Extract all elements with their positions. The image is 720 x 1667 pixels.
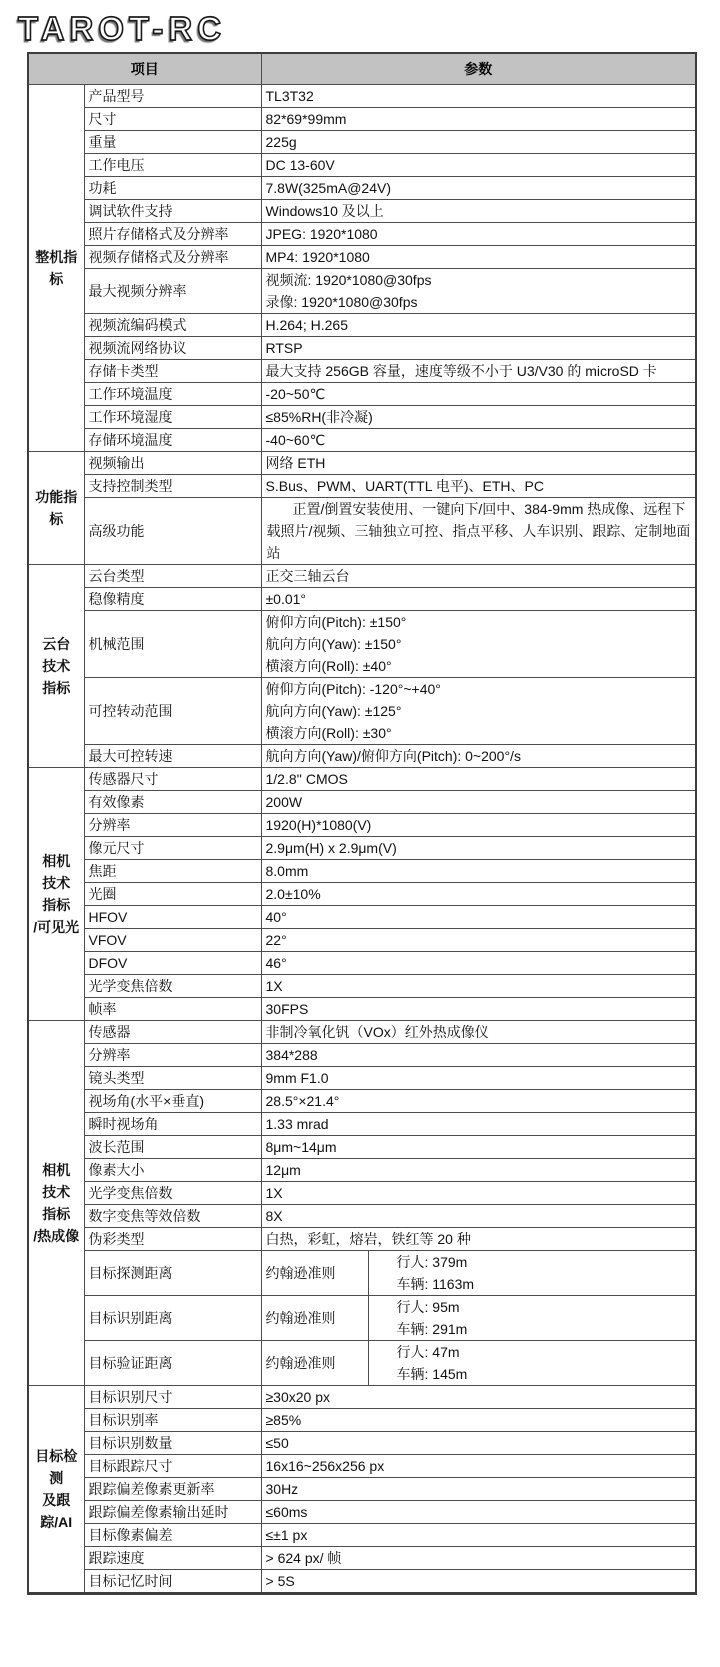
spec-item-name: 目标记忆时间 (84, 1570, 261, 1594)
spec-item-name: 工作环境温度 (84, 383, 261, 406)
spec-row: 目标检测 及跟踪/AI目标识别尺寸≥30x20 px (28, 1386, 696, 1409)
spec-item-value: 46° (261, 952, 696, 975)
spec-item-value: 30Hz (261, 1478, 696, 1501)
spec-item-value: 9mm F1.0 (261, 1067, 696, 1090)
spec-item-name: 镜头类型 (84, 1067, 261, 1090)
spec-item-name: 目标像素偏差 (84, 1524, 261, 1547)
spec-item-name: 工作环境湿度 (84, 406, 261, 429)
spec-item-value: 视频流: 1920*1080@30fps 录像: 1920*1080@30fps (261, 269, 696, 314)
spec-item-value: 俯仰方向(Pitch): ±150° 航向方向(Yaw): ±150° 横滚方向… (261, 611, 696, 678)
spec-item-name: 重量 (84, 131, 261, 154)
spec-row: VFOV22° (28, 929, 696, 952)
spec-item-value: 30FPS (261, 998, 696, 1021)
spec-row: 光圈2.0±10% (28, 883, 696, 906)
spec-row: 工作环境温度-20~50℃ (28, 383, 696, 406)
criterion-label: 约翰逊准则 (261, 1251, 368, 1296)
spec-item-value: 1.33 mrad (261, 1113, 696, 1136)
spec-row: 镜头类型9mm F1.0 (28, 1067, 696, 1090)
spec-item-value: 225g (261, 131, 696, 154)
spec-row: 视频流编码模式H.264; H.265 (28, 314, 696, 337)
criterion-label: 约翰逊准则 (261, 1341, 368, 1386)
spec-item-name: 数字变焦等效倍数 (84, 1205, 261, 1228)
spec-item-value: 行人: 379m 车辆: 1163m (368, 1251, 696, 1296)
spec-row: 视频存储格式及分辨率MP4: 1920*1080 (28, 246, 696, 269)
spec-item-name: 光学变焦倍数 (84, 1182, 261, 1205)
spec-item-value: MP4: 1920*1080 (261, 246, 696, 269)
spec-item-name: DFOV (84, 952, 261, 975)
header-row: 项目 参数 (28, 53, 696, 85)
spec-row: 目标跟踪尺寸16x16~256x256 px (28, 1455, 696, 1478)
spec-item-value: 82*69*99mm (261, 108, 696, 131)
spec-item-name: 目标探测距离 (84, 1251, 261, 1296)
spec-item-value: ±0.01° (261, 588, 696, 611)
spec-row: 稳像精度±0.01° (28, 588, 696, 611)
spec-row: 调试软件支持Windows10 及以上 (28, 200, 696, 223)
spec-item-value: Windows10 及以上 (261, 200, 696, 223)
spec-item-value: 白热，彩虹，熔岩，铁红等 20 种 (261, 1228, 696, 1251)
spec-item-value: 俯仰方向(Pitch): -120°~+40° 航向方向(Yaw): ±125°… (261, 678, 696, 745)
spec-item-value: 最大支持 256GB 容量，速度等级不小于 U3/V30 的 microSD 卡 (261, 360, 696, 383)
spec-row: 存储环境温度-40~60℃ (28, 429, 696, 452)
spec-row: 目标记忆时间> 5S (28, 1570, 696, 1594)
spec-item-value: ≥30x20 px (261, 1386, 696, 1409)
spec-item-name: 稳像精度 (84, 588, 261, 611)
spec-item-name: 照片存储格式及分辨率 (84, 223, 261, 246)
spec-item-value: ≤50 (261, 1432, 696, 1455)
spec-item-name: 传感器 (84, 1021, 261, 1044)
spec-item-value: 22° (261, 929, 696, 952)
spec-item-name: 目标识别率 (84, 1409, 261, 1432)
spec-item-value: ≤±1 px (261, 1524, 696, 1547)
spec-item-name: 焦距 (84, 860, 261, 883)
spec-row: 分辨率1920(H)*1080(V) (28, 814, 696, 837)
spec-row: 功能指标视频输出网络 ETH (28, 452, 696, 475)
spec-item-value: 8.0mm (261, 860, 696, 883)
group-label: 云台 技术 指标 (28, 565, 84, 768)
spec-row: 相机 技术 指标 /可见光传感器尺寸1/2.8'' CMOS (28, 768, 696, 791)
spec-row: 跟踪偏差像素输出延时≤60ms (28, 1501, 696, 1524)
spec-row: 工作环境湿度≤85%RH(非冷凝) (28, 406, 696, 429)
spec-item-value: TL3T32 (261, 85, 696, 108)
spec-row: 目标识别率≥85% (28, 1409, 696, 1432)
spec-item-value: 2.9μm(H) x 2.9μm(V) (261, 837, 696, 860)
spec-item-name: 支持控制类型 (84, 475, 261, 498)
spec-item-name: 波长范围 (84, 1136, 261, 1159)
group-label: 整机指标 (28, 85, 84, 452)
spec-item-value: 正交三轴云台 (261, 565, 696, 588)
spec-item-name: 视频流网络协议 (84, 337, 261, 360)
spec-item-name: 调试软件支持 (84, 200, 261, 223)
spec-item-name: VFOV (84, 929, 261, 952)
spec-row: 高级功能正置/倒置安装使用、一键向下/回中、384-9mm 热成像、远程下载照片… (28, 498, 696, 565)
spec-item-name: 产品型号 (84, 85, 261, 108)
spec-item-value: 16x16~256x256 px (261, 1455, 696, 1478)
spec-item-value: 1X (261, 975, 696, 998)
spec-item-name: 高级功能 (84, 498, 261, 565)
spec-item-name: 工作电压 (84, 154, 261, 177)
spec-row: 光学变焦倍数1X (28, 975, 696, 998)
spec-item-value: > 624 px/ 帧 (261, 1547, 696, 1570)
spec-row: 机械范围俯仰方向(Pitch): ±150° 航向方向(Yaw): ±150° … (28, 611, 696, 678)
spec-item-value: 8μm~14μm (261, 1136, 696, 1159)
spec-row: 整机指标产品型号TL3T32 (28, 85, 696, 108)
spec-item-value: 非制冷氧化钒（VOx）红外热成像仪 (261, 1021, 696, 1044)
spec-item-value: 正置/倒置安装使用、一键向下/回中、384-9mm 热成像、远程下载照片/视频、… (261, 498, 696, 565)
spec-item-value: JPEG: 1920*1080 (261, 223, 696, 246)
spec-item-name: 可控转动范围 (84, 678, 261, 745)
spec-row: 功耗7.8W(325mA@24V) (28, 177, 696, 200)
spec-row: 照片存储格式及分辨率JPEG: 1920*1080 (28, 223, 696, 246)
spec-item-name: 尺寸 (84, 108, 261, 131)
spec-row: 目标验证距离约翰逊准则行人: 47m 车辆: 145m (28, 1341, 696, 1386)
spec-item-value: 384*288 (261, 1044, 696, 1067)
spec-item-value: -20~50℃ (261, 383, 696, 406)
spec-row: HFOV40° (28, 906, 696, 929)
spec-item-value: 行人: 47m 车辆: 145m (368, 1341, 696, 1386)
spec-item-value: ≤85%RH(非冷凝) (261, 406, 696, 429)
spec-row: 波长范围8μm~14μm (28, 1136, 696, 1159)
spec-item-name: 目标识别尺寸 (84, 1386, 261, 1409)
spec-item-value: -40~60℃ (261, 429, 696, 452)
spec-item-name: 视场角(水平×垂直) (84, 1090, 261, 1113)
spec-item-name: 跟踪偏差像素输出延时 (84, 1501, 261, 1524)
spec-item-value: 40° (261, 906, 696, 929)
spec-item-name: 帧率 (84, 998, 261, 1021)
spec-item-name: HFOV (84, 906, 261, 929)
spec-item-name: 光学变焦倍数 (84, 975, 261, 998)
spec-item-name: 像素大小 (84, 1159, 261, 1182)
spec-item-value: 1920(H)*1080(V) (261, 814, 696, 837)
spec-row: 像元尺寸2.9μm(H) x 2.9μm(V) (28, 837, 696, 860)
spec-row: 存储卡类型最大支持 256GB 容量，速度等级不小于 U3/V30 的 micr… (28, 360, 696, 383)
spec-item-name: 光圈 (84, 883, 261, 906)
spec-row: 工作电压DC 13-60V (28, 154, 696, 177)
spec-row: 最大可控转速航向方向(Yaw)/俯仰方向(Pitch): 0~200°/s (28, 745, 696, 768)
spec-item-value: DC 13-60V (261, 154, 696, 177)
spec-item-name: 存储环境温度 (84, 429, 261, 452)
spec-item-name: 云台类型 (84, 565, 261, 588)
spec-row: 云台 技术 指标云台类型正交三轴云台 (28, 565, 696, 588)
spec-row: 视场角(水平×垂直)28.5°×21.4° (28, 1090, 696, 1113)
spec-item-value: ≤60ms (261, 1501, 696, 1524)
spec-row: 相机 技术 指标 /热成像传感器非制冷氧化钒（VOx）红外热成像仪 (28, 1021, 696, 1044)
spec-row: DFOV46° (28, 952, 696, 975)
spec-item-value: 12μm (261, 1159, 696, 1182)
spec-item-name: 视频流编码模式 (84, 314, 261, 337)
spec-row: 视频流网络协议RTSP (28, 337, 696, 360)
spec-item-value: 航向方向(Yaw)/俯仰方向(Pitch): 0~200°/s (261, 745, 696, 768)
spec-item-name: 目标识别距离 (84, 1296, 261, 1341)
spec-row: 支持控制类型S.Bus、PWM、UART(TTL 电平)、ETH、PC (28, 475, 696, 498)
spec-table: 项目 参数 整机指标产品型号TL3T32尺寸82*69*99mm重量225g工作… (27, 52, 697, 1595)
criterion-label: 约翰逊准则 (261, 1296, 368, 1341)
spec-item-name: 存储卡类型 (84, 360, 261, 383)
spec-row: 伪彩类型白热，彩虹，熔岩，铁红等 20 种 (28, 1228, 696, 1251)
spec-item-value: 行人: 95m 车辆: 291m (368, 1296, 696, 1341)
spec-row: 像素大小12μm (28, 1159, 696, 1182)
spec-item-name: 目标验证距离 (84, 1341, 261, 1386)
spec-item-value: 网络 ETH (261, 452, 696, 475)
page: { "logo": { "text": "TAROT-RC" }, "color… (0, 0, 720, 1667)
spec-item-name: 伪彩类型 (84, 1228, 261, 1251)
spec-row: 分辨率384*288 (28, 1044, 696, 1067)
spec-item-value: 200W (261, 791, 696, 814)
spec-row: 目标像素偏差≤±1 px (28, 1524, 696, 1547)
spec-item-value: 8X (261, 1205, 696, 1228)
spec-item-name: 最大可控转速 (84, 745, 261, 768)
spec-item-name: 像元尺寸 (84, 837, 261, 860)
brand-logo: TAROT-RC (18, 10, 226, 49)
spec-item-value: H.264; H.265 (261, 314, 696, 337)
spec-row: 光学变焦倍数1X (28, 1182, 696, 1205)
spec-row: 帧率30FPS (28, 998, 696, 1021)
spec-item-name: 分辨率 (84, 814, 261, 837)
spec-item-value: ≥85% (261, 1409, 696, 1432)
spec-row: 最大视频分辨率视频流: 1920*1080@30fps 录像: 1920*108… (28, 269, 696, 314)
spec-row: 重量225g (28, 131, 696, 154)
spec-item-name: 功耗 (84, 177, 261, 200)
spec-item-value: S.Bus、PWM、UART(TTL 电平)、ETH、PC (261, 475, 696, 498)
spec-row: 目标识别数量≤50 (28, 1432, 696, 1455)
col-header-param: 参数 (261, 53, 696, 85)
spec-row: 瞬时视场角1.33 mrad (28, 1113, 696, 1136)
spec-item-value: 1X (261, 1182, 696, 1205)
spec-item-value: 2.0±10% (261, 883, 696, 906)
spec-item-value: RTSP (261, 337, 696, 360)
spec-row: 尺寸82*69*99mm (28, 108, 696, 131)
spec-item-name: 有效像素 (84, 791, 261, 814)
spec-row: 焦距8.0mm (28, 860, 696, 883)
spec-item-name: 传感器尺寸 (84, 768, 261, 791)
spec-item-name: 视频存储格式及分辨率 (84, 246, 261, 269)
spec-item-name: 视频输出 (84, 452, 261, 475)
spec-item-name: 瞬时视场角 (84, 1113, 261, 1136)
spec-table-body: 整机指标产品型号TL3T32尺寸82*69*99mm重量225g工作电压DC 1… (28, 85, 696, 1594)
spec-row: 有效像素200W (28, 791, 696, 814)
spec-item-name: 机械范围 (84, 611, 261, 678)
group-label: 功能指标 (28, 452, 84, 565)
spec-row: 目标识别距离约翰逊准则行人: 95m 车辆: 291m (28, 1296, 696, 1341)
group-label: 相机 技术 指标 /可见光 (28, 768, 84, 1021)
group-label: 目标检测 及跟踪/AI (28, 1386, 84, 1594)
spec-row: 数字变焦等效倍数8X (28, 1205, 696, 1228)
group-label: 相机 技术 指标 /热成像 (28, 1021, 84, 1386)
spec-item-name: 目标跟踪尺寸 (84, 1455, 261, 1478)
spec-row: 跟踪偏差像素更新率30Hz (28, 1478, 696, 1501)
spec-row: 目标探测距离约翰逊准则行人: 379m 车辆: 1163m (28, 1251, 696, 1296)
spec-item-name: 最大视频分辨率 (84, 269, 261, 314)
spec-item-name: 跟踪速度 (84, 1547, 261, 1570)
spec-item-value: 7.8W(325mA@24V) (261, 177, 696, 200)
spec-item-name: 跟踪偏差像素更新率 (84, 1478, 261, 1501)
spec-row: 跟踪速度> 624 px/ 帧 (28, 1547, 696, 1570)
spec-item-value: 28.5°×21.4° (261, 1090, 696, 1113)
spec-item-value: 1/2.8'' CMOS (261, 768, 696, 791)
spec-row: 可控转动范围俯仰方向(Pitch): -120°~+40° 航向方向(Yaw):… (28, 678, 696, 745)
spec-item-name: 目标识别数量 (84, 1432, 261, 1455)
spec-item-name: 分辨率 (84, 1044, 261, 1067)
col-header-item: 项目 (28, 53, 261, 85)
spec-item-value: > 5S (261, 1570, 696, 1594)
